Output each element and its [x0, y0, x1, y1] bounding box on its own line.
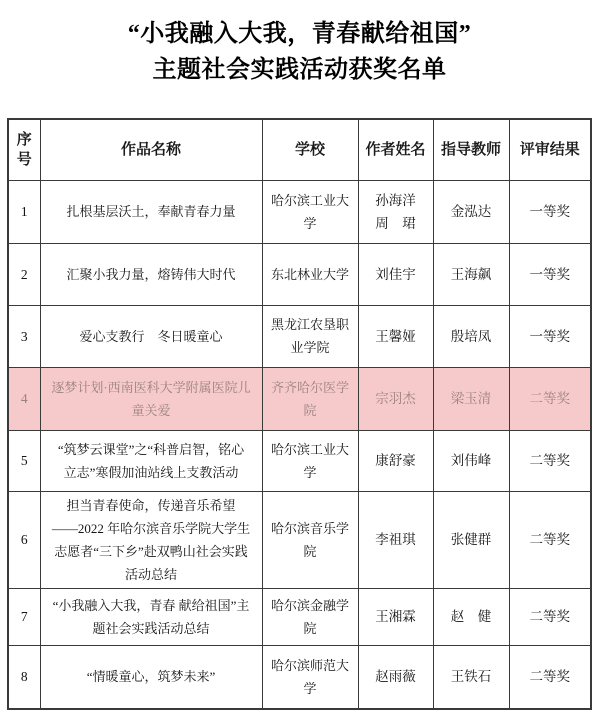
document-page: “小我融入大我，青春献给祖国” 主题社会实践活动获奖名单 序 号 作品名称 学校… — [0, 0, 599, 712]
cell-author: 王馨娅 — [358, 305, 433, 367]
cell-teacher: 王铁石 — [433, 645, 509, 709]
cell-result: 一等奖 — [509, 180, 591, 243]
cell-teacher: 张健群 — [433, 491, 509, 588]
header-row: 序 号 作品名称 学校 作者姓名 指导教师 评审结果 — [8, 119, 591, 180]
cell-result: 二等奖 — [509, 430, 591, 491]
cell-school: 哈尔滨师范大 学 — [262, 645, 358, 709]
cell-school: 黑龙江农垦职 业学院 — [262, 305, 358, 367]
cell-author: 康舒豪 — [358, 430, 433, 491]
cell-index: 7 — [8, 588, 40, 645]
table-row: 3 爱心支教行 冬日暖童心 黑龙江农垦职 业学院 王馨娅 殷培凤 一等奖 — [8, 305, 591, 367]
awards-table: 序 号 作品名称 学校 作者姓名 指导教师 评审结果 1 扎根基层沃土，奉献青春… — [7, 118, 592, 710]
cell-result: 二等奖 — [509, 491, 591, 588]
cell-work-title: “筑梦云课堂”之“科普启智，铭心 立志”寒假加油站线上支教活动 — [40, 430, 262, 491]
table-row: 7 “小我融入大我，青春 献给祖国”主 题社会实践活动总结 哈尔滨金融学 院 王… — [8, 588, 591, 645]
cell-work-title: 逐梦计划·西南医科大学附属医院儿 童关爱 — [40, 367, 262, 430]
col-header-school: 学校 — [262, 119, 358, 180]
cell-work-title: “情暖童心，筑梦未来” — [40, 645, 262, 709]
cell-author: 孙海洋 周 珺 — [358, 180, 433, 243]
table-row: 1 扎根基层沃土，奉献青春力量 哈尔滨工业大 学 孙海洋 周 珺 金泓达 一等奖 — [8, 180, 591, 243]
cell-teacher: 殷培凤 — [433, 305, 509, 367]
col-header-author: 作者姓名 — [358, 119, 433, 180]
table-row: 2 汇聚小我力量，熔铸伟大时代 东北林业大学 刘佳宇 王海飙 一等奖 — [8, 243, 591, 305]
table-row-highlighted: 4 逐梦计划·西南医科大学附属医院儿 童关爱 齐齐哈尔医学 院 宗羽杰 梁玉清 … — [8, 367, 591, 430]
col-header-index: 序 号 — [8, 119, 40, 180]
cell-index: 1 — [8, 180, 40, 243]
cell-work-title: 汇聚小我力量，熔铸伟大时代 — [40, 243, 262, 305]
cell-school: 齐齐哈尔医学 院 — [262, 367, 358, 430]
cell-index: 4 — [8, 367, 40, 430]
cell-teacher: 金泓达 — [433, 180, 509, 243]
cell-author: 刘佳宇 — [358, 243, 433, 305]
cell-index: 3 — [8, 305, 40, 367]
col-header-result: 评审结果 — [509, 119, 591, 180]
cell-teacher: 赵 健 — [433, 588, 509, 645]
document-title: “小我融入大我，青春献给祖国” 主题社会实践活动获奖名单 — [0, 0, 599, 88]
cell-school: 哈尔滨金融学 院 — [262, 588, 358, 645]
cell-work-title: 担当青春使命，传递音乐希望 ——2022 年哈尔滨音乐学院大学生 志愿者“三下乡… — [40, 491, 262, 588]
cell-result: 一等奖 — [509, 243, 591, 305]
table-row: 6 担当青春使命，传递音乐希望 ——2022 年哈尔滨音乐学院大学生 志愿者“三… — [8, 491, 591, 588]
cell-school: 东北林业大学 — [262, 243, 358, 305]
table-row: 8 “情暖童心，筑梦未来” 哈尔滨师范大 学 赵雨薇 王铁石 二等奖 — [8, 645, 591, 709]
cell-result: 二等奖 — [509, 645, 591, 709]
cell-index: 8 — [8, 645, 40, 709]
cell-index: 6 — [8, 491, 40, 588]
col-header-teacher: 指导教师 — [433, 119, 509, 180]
cell-index: 5 — [8, 430, 40, 491]
cell-work-title: 扎根基层沃土，奉献青春力量 — [40, 180, 262, 243]
cell-teacher: 梁玉清 — [433, 367, 509, 430]
cell-teacher: 王海飙 — [433, 243, 509, 305]
cell-result: 一等奖 — [509, 305, 591, 367]
cell-work-title: “小我融入大我，青春 献给祖国”主 题社会实践活动总结 — [40, 588, 262, 645]
cell-teacher: 刘伟峰 — [433, 430, 509, 491]
cell-work-title: 爱心支教行 冬日暖童心 — [40, 305, 262, 367]
cell-author: 李祖琪 — [358, 491, 433, 588]
title-line-1: “小我融入大我，青春献给祖国” — [0, 16, 599, 52]
cell-index: 2 — [8, 243, 40, 305]
cell-school: 哈尔滨工业大 学 — [262, 180, 358, 243]
cell-result: 二等奖 — [509, 588, 591, 645]
cell-author: 宗羽杰 — [358, 367, 433, 430]
col-header-work-title: 作品名称 — [40, 119, 262, 180]
cell-result: 二等奖 — [509, 367, 591, 430]
cell-author: 赵雨薇 — [358, 645, 433, 709]
table-row: 5 “筑梦云课堂”之“科普启智，铭心 立志”寒假加油站线上支教活动 哈尔滨工业大… — [8, 430, 591, 491]
cell-author: 王湘霖 — [358, 588, 433, 645]
title-line-2: 主题社会实践活动获奖名单 — [0, 52, 599, 88]
cell-school: 哈尔滨工业大 学 — [262, 430, 358, 491]
cell-school: 哈尔滨音乐学 院 — [262, 491, 358, 588]
